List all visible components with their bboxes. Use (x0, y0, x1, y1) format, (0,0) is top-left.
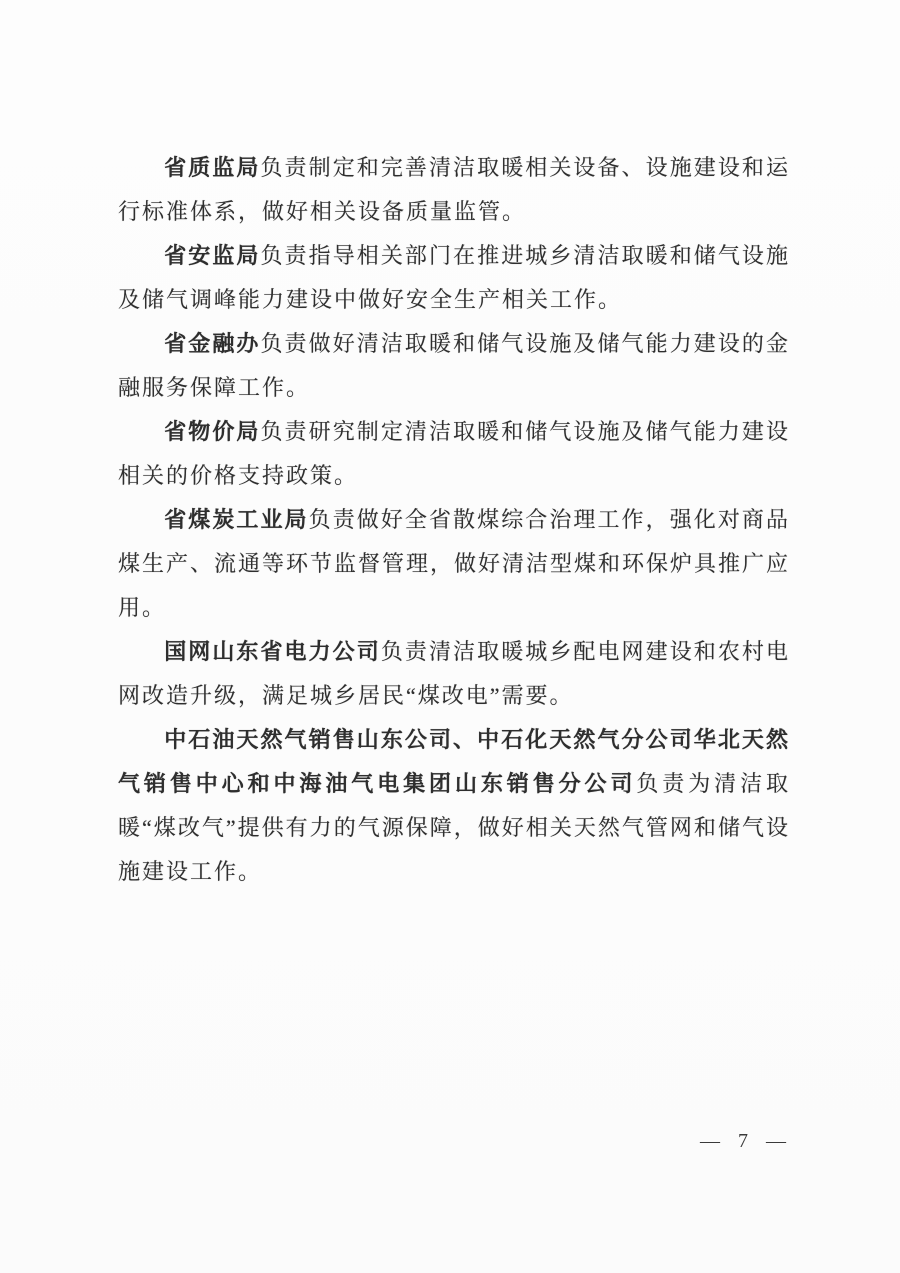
paragraph-quality-bureau: 省质监局负责制定和完善清洁取暖相关设备、设施建设和运行标准体系，做好相关设备质量… (118, 146, 790, 234)
org-name: 省质监局 (164, 155, 260, 180)
org-name: 国网山东省电力公司 (164, 639, 381, 664)
org-name: 省物价局 (164, 419, 260, 444)
paragraph-grid-company: 国网山东省电力公司负责清洁取暖城乡配电网建设和农村电网改造升级，满足城乡居民“煤… (118, 630, 790, 718)
org-name: 省煤炭工业局 (164, 507, 308, 532)
footer-dash-left: — (700, 1126, 720, 1156)
paragraph-price-bureau: 省物价局负责研究制定清洁取暖和储气设施及储气能力建设相关的价格支持政策。 (118, 410, 790, 498)
paragraph-gas-companies: 中石油天然气销售山东公司、中石化天然气分公司华北天然气销售中心和中海油气电集团山… (118, 718, 790, 894)
page-footer: —7— (0, 1126, 790, 1156)
paragraph-safety-bureau: 省安监局负责指导相关部门在推进城乡清洁取暖和储气设施及储气调峰能力建设中做好安全… (118, 234, 790, 322)
footer-dash-right: — (766, 1126, 786, 1156)
document-page: 省质监局负责制定和完善清洁取暖相关设备、设施建设和运行标准体系，做好相关设备质量… (0, 0, 900, 1273)
page-number: 7 (738, 1126, 748, 1156)
paragraph-coal-bureau: 省煤炭工业局负责做好全省散煤综合治理工作，强化对商品煤生产、流通等环节监督管理，… (118, 498, 790, 630)
org-name: 省金融办 (164, 331, 260, 356)
document-body: 省质监局负责制定和完善清洁取暖相关设备、设施建设和运行标准体系，做好相关设备质量… (118, 146, 790, 894)
org-name: 省安监局 (164, 243, 260, 268)
paragraph-finance-office: 省金融办负责做好清洁取暖和储气设施及储气能力建设的金融服务保障工作。 (118, 322, 790, 410)
